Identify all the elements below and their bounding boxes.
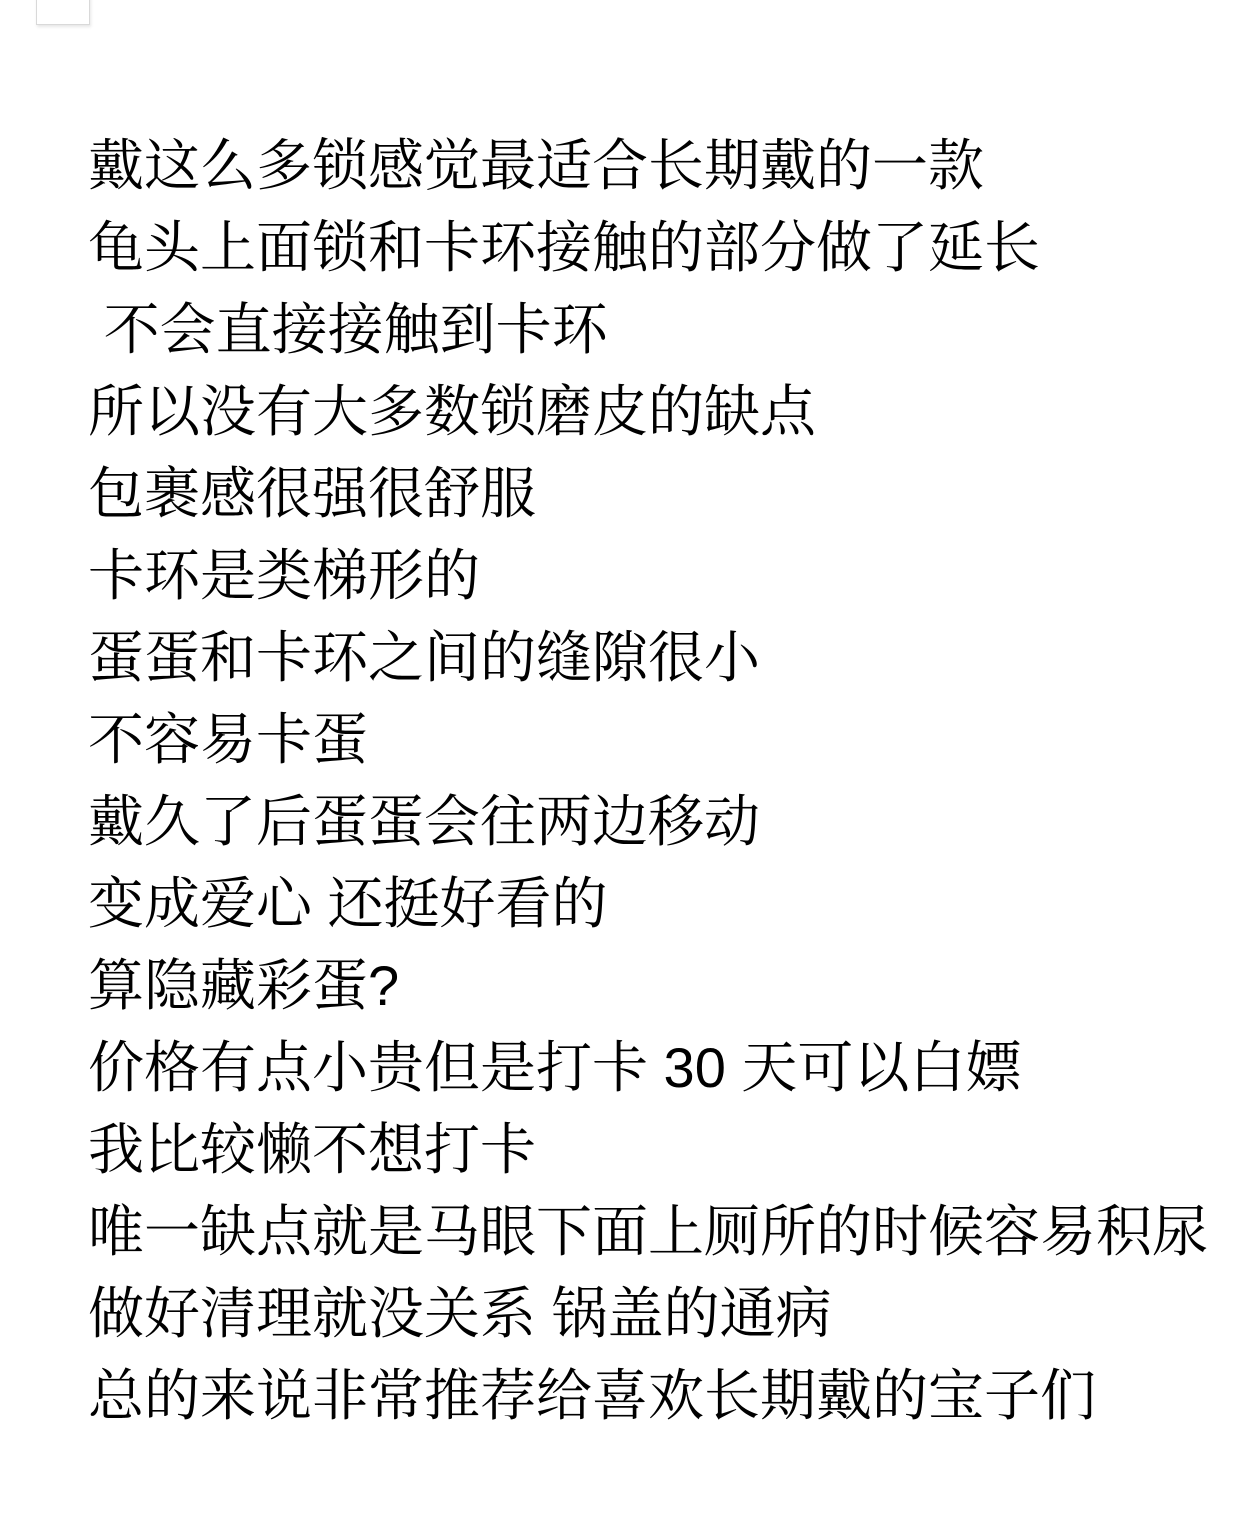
text-line-5: 包裹感很强很舒服 bbox=[88, 453, 1238, 535]
text-line-14: 唯一缺点就是马眼下面上厕所的时候容易积尿 bbox=[88, 1191, 1238, 1273]
text-line-4: 所以没有大多数锁磨皮的缺点 bbox=[88, 371, 1238, 453]
document-page: 戴这么多锁感觉最适合长期戴的一款 龟头上面锁和卡环接触的部分做了延长 不会直接接… bbox=[0, 0, 1260, 1528]
text-line-9: 戴久了后蛋蛋会往两边移动 bbox=[88, 781, 1238, 863]
text-line-2: 龟头上面锁和卡环接触的部分做了延长 bbox=[88, 207, 1238, 289]
text-line-1: 戴这么多锁感觉最适合长期戴的一款 bbox=[88, 125, 1238, 207]
text-line-12: 价格有点小贵但是打卡 30 天可以白嫖 bbox=[88, 1027, 1238, 1109]
review-text-block: 戴这么多锁感觉最适合长期戴的一款 龟头上面锁和卡环接触的部分做了延长 不会直接接… bbox=[88, 125, 1238, 1437]
text-line-6: 卡环是类梯形的 bbox=[88, 535, 1238, 617]
text-line-16: 总的来说非常推荐给喜欢长期戴的宝子们 bbox=[88, 1355, 1238, 1437]
text-line-15: 做好清理就没关系 锅盖的通病 bbox=[88, 1273, 1238, 1355]
text-line-3: 不会直接接触到卡环 bbox=[88, 289, 1238, 371]
cutoff-corner-box bbox=[36, 0, 90, 25]
text-line-8: 不容易卡蛋 bbox=[88, 699, 1238, 781]
text-line-11: 算隐藏彩蛋? bbox=[88, 945, 1238, 1027]
text-line-7: 蛋蛋和卡环之间的缝隙很小 bbox=[88, 617, 1238, 699]
text-line-13: 我比较懒不想打卡 bbox=[88, 1109, 1238, 1191]
text-line-10: 变成爱心 还挺好看的 bbox=[88, 863, 1238, 945]
